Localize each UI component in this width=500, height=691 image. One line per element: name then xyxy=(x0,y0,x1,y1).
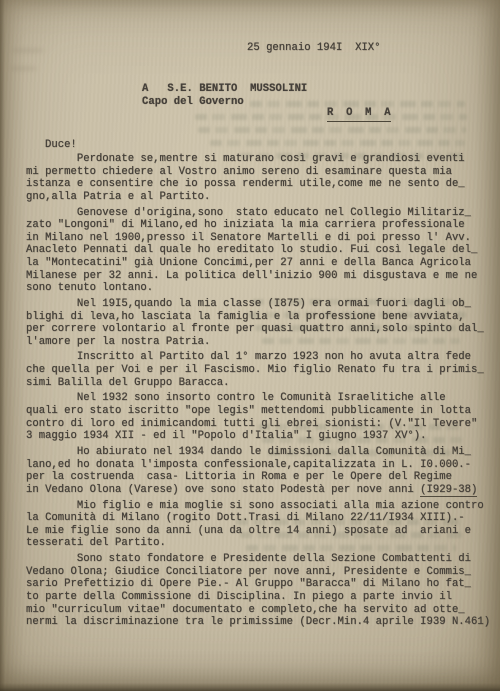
paragraph-text: Nel 19I5,quando la mia classe (I875) era… xyxy=(26,298,484,348)
document-page: 25 gennaio 194I XIX° A S.E. BENITO MUSSO… xyxy=(0,0,500,691)
paragraph-text: Inscritto al Partito dal 1° marzo 1923 n… xyxy=(26,351,484,388)
paragraph: Inscritto al Partito dal 1° marzo 1923 n… xyxy=(26,351,490,389)
bleed-through-line xyxy=(210,140,465,146)
paragraph-text: Sono stato fondatore e Presidente della … xyxy=(26,553,490,628)
paragraph-text: Ho abiurato nel 1934 dando le dimissioni… xyxy=(26,446,471,496)
paragraph: Mio figlio e mia moglie si sono associat… xyxy=(26,500,490,550)
recipient-city: R O M A xyxy=(327,107,391,122)
paragraph: Nel 1932 sono insorto contro le Comunità… xyxy=(26,392,490,442)
paragraph: Ho abiurato nel 1934 dando le dimissioni… xyxy=(26,446,490,496)
paragraph-text: Nel 1932 sono insorto contro le Comunità… xyxy=(26,392,477,442)
paragraph: Perdonate se,mentre si maturano così gra… xyxy=(26,153,490,203)
recipient-title: Capo del Governo xyxy=(142,96,244,108)
paragraph-text: Perdonate se,mentre si maturano così gra… xyxy=(26,153,465,203)
recipient-block: A S.E. BENITO MUSSOLINICapo del Governo xyxy=(142,83,307,108)
paragraph: Genovese d'origina,sono stato educato ne… xyxy=(26,207,490,295)
letter-body: Perdonate se,mentre si maturano così gra… xyxy=(26,153,490,632)
date-line: 25 gennaio 194I XIX° xyxy=(247,42,381,55)
salutation: Duce! xyxy=(45,139,77,152)
paragraph: Nel 19I5,quando la mia classe (I875) era… xyxy=(26,298,490,348)
recipient-name: A S.E. BENITO MUSSOLINI xyxy=(142,83,307,95)
bleed-through-line xyxy=(198,127,466,133)
paragraph: Sono stato fondatore e Presidente della … xyxy=(26,553,490,629)
paragraph-text: Genovese d'origina,sono stato educato ne… xyxy=(26,207,477,295)
paragraph-text: Mio figlio e mia moglie si sono associat… xyxy=(26,500,484,550)
underlined-text: (I929-38) xyxy=(420,484,477,498)
paper-smudge xyxy=(12,48,44,53)
paper-smudge xyxy=(10,66,37,71)
